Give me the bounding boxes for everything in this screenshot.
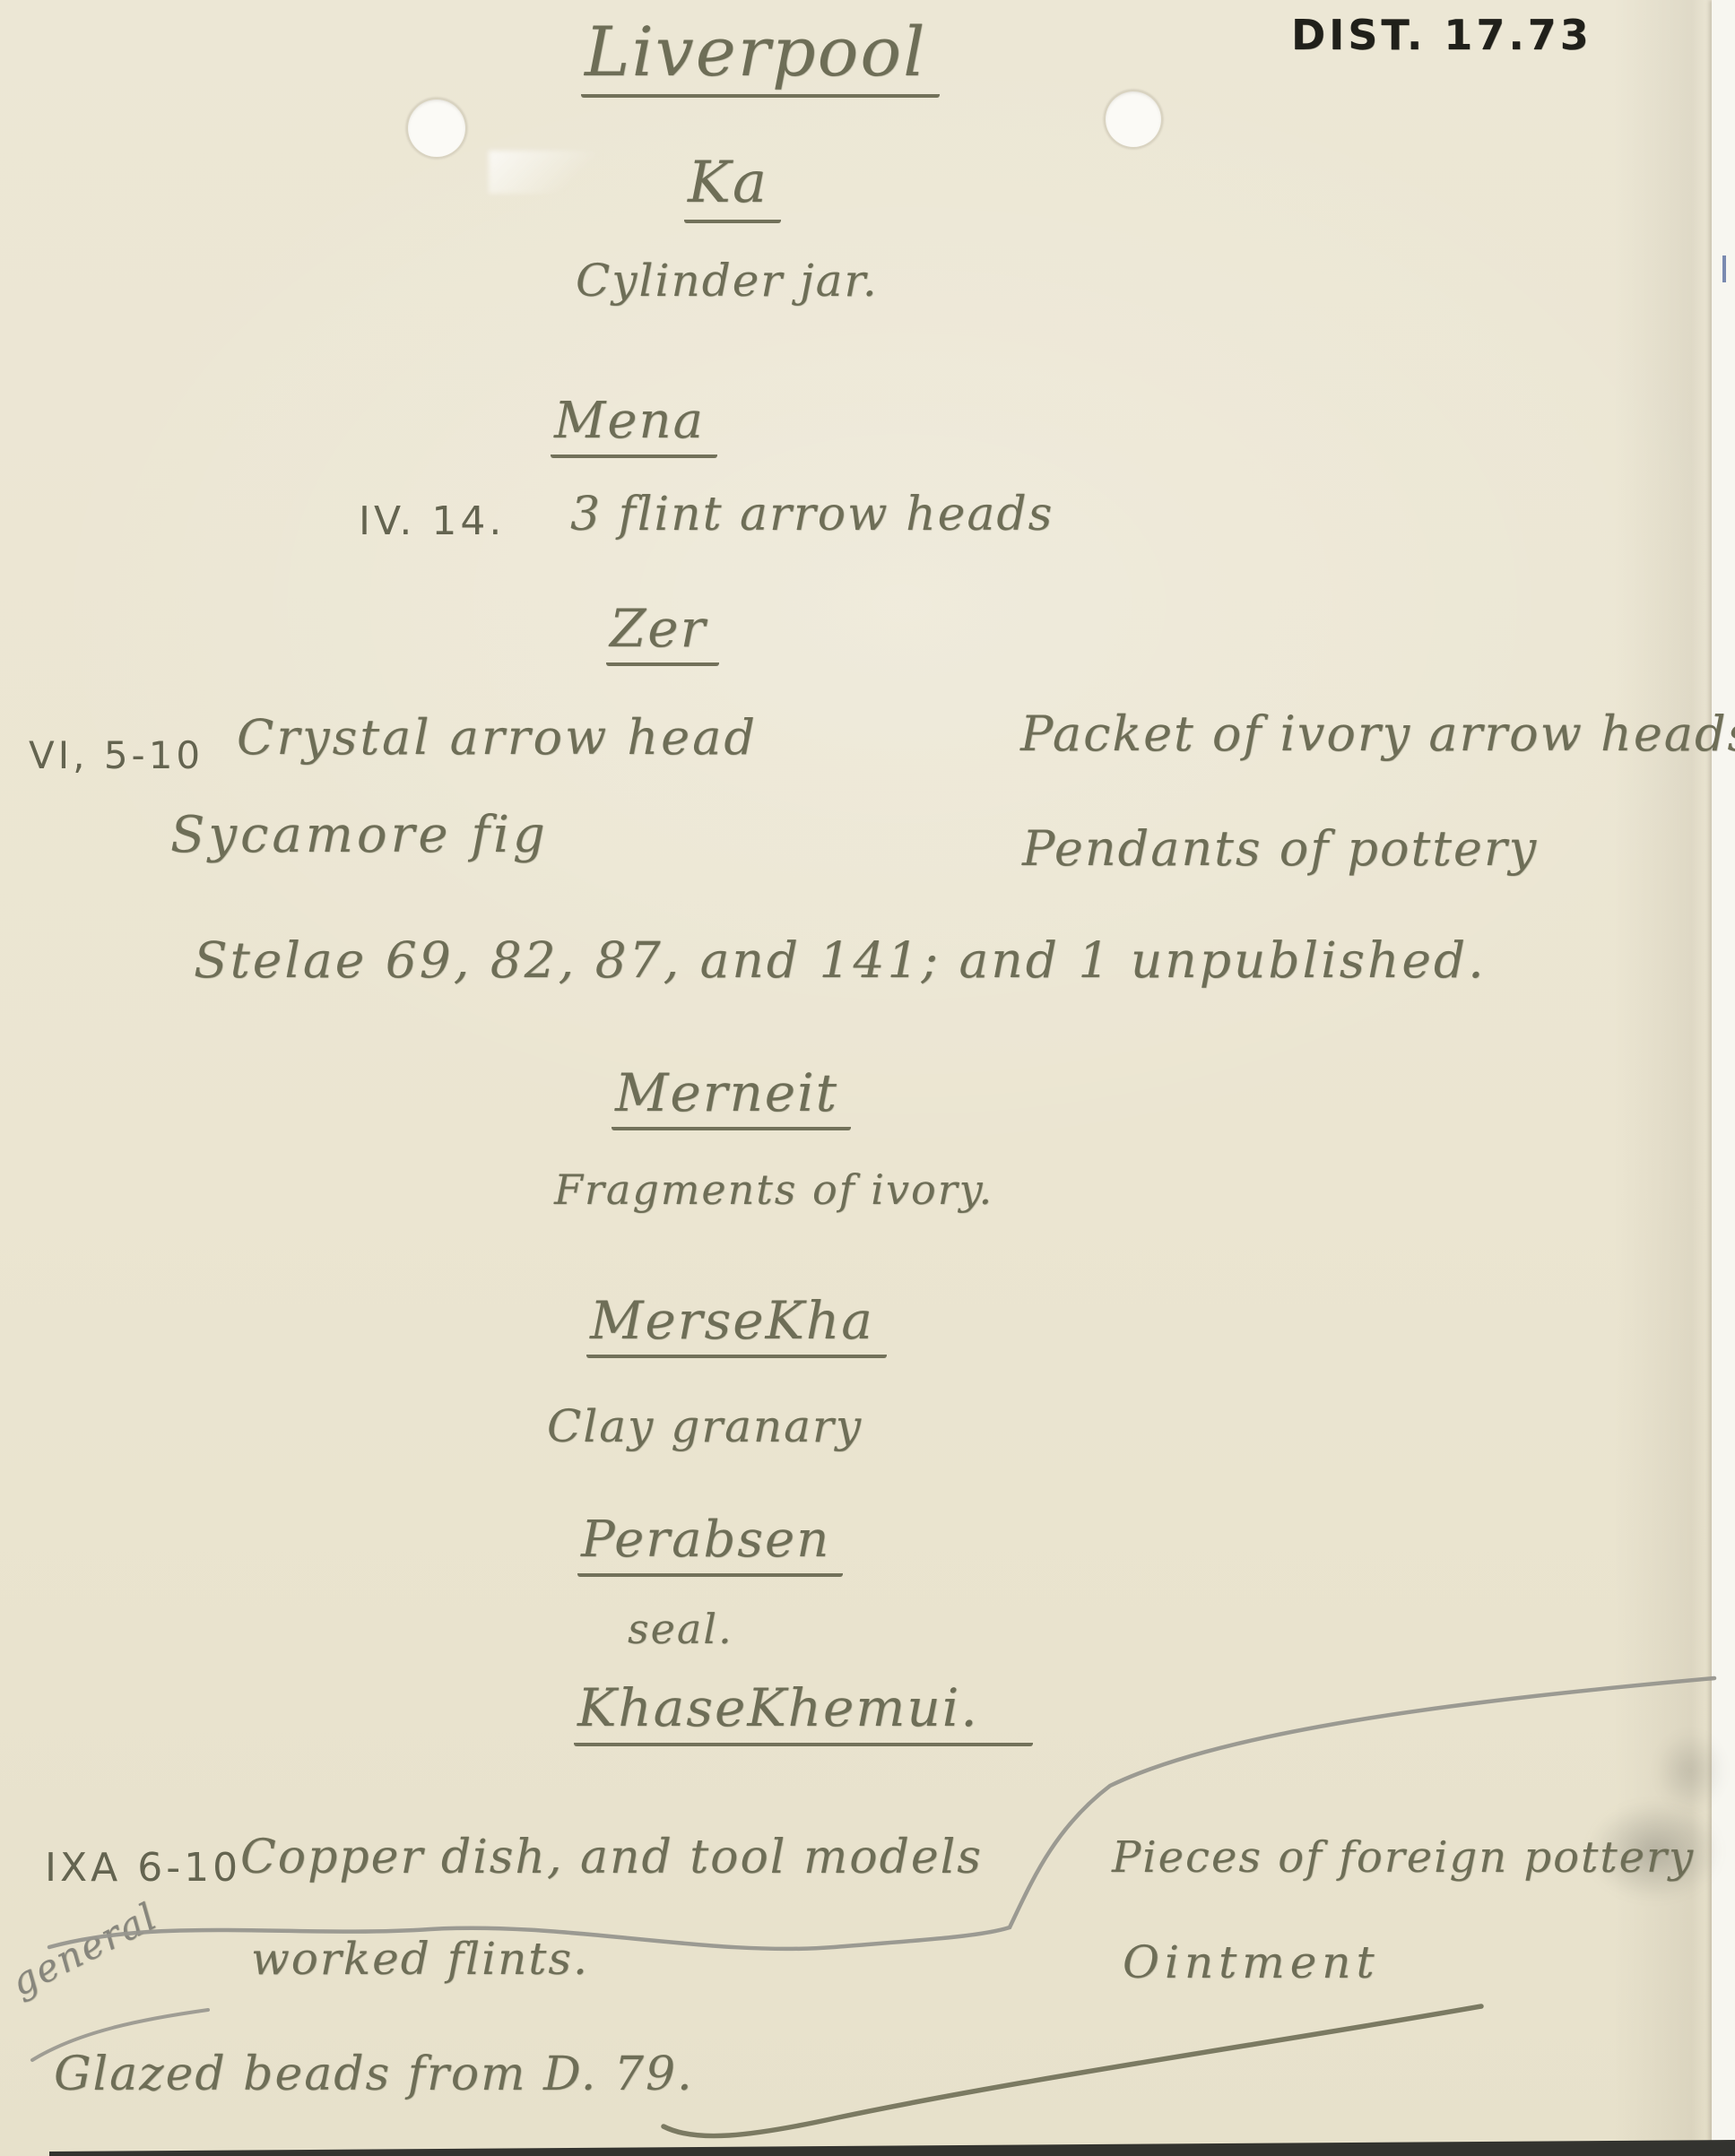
blue-edge-mark <box>1722 255 1726 282</box>
pencil-underline-general <box>32 2010 208 2060</box>
page-marks-overlay <box>0 0 1735 2156</box>
ink-flourish <box>664 2006 1481 2136</box>
scanned-handwritten-page: DIST. 17.73 Liverpool Ka Cylinder jar. M… <box>0 0 1735 2156</box>
scan-edge-bottom <box>49 2140 1735 2156</box>
pencil-curve <box>49 1678 1714 1949</box>
